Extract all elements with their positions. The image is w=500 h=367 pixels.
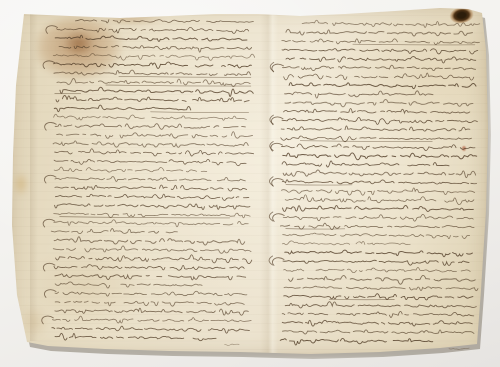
stain-top-edge	[94, 10, 178, 26]
stain-left-margin	[10, 168, 32, 200]
foxing-bottom-left	[16, 300, 52, 344]
center-fold-crease	[260, 6, 278, 356]
photograph-background	[0, 0, 500, 367]
stain-top-left-dark	[58, 26, 100, 60]
manuscript-sheet	[10, 6, 488, 356]
rust-speck	[462, 146, 466, 151]
